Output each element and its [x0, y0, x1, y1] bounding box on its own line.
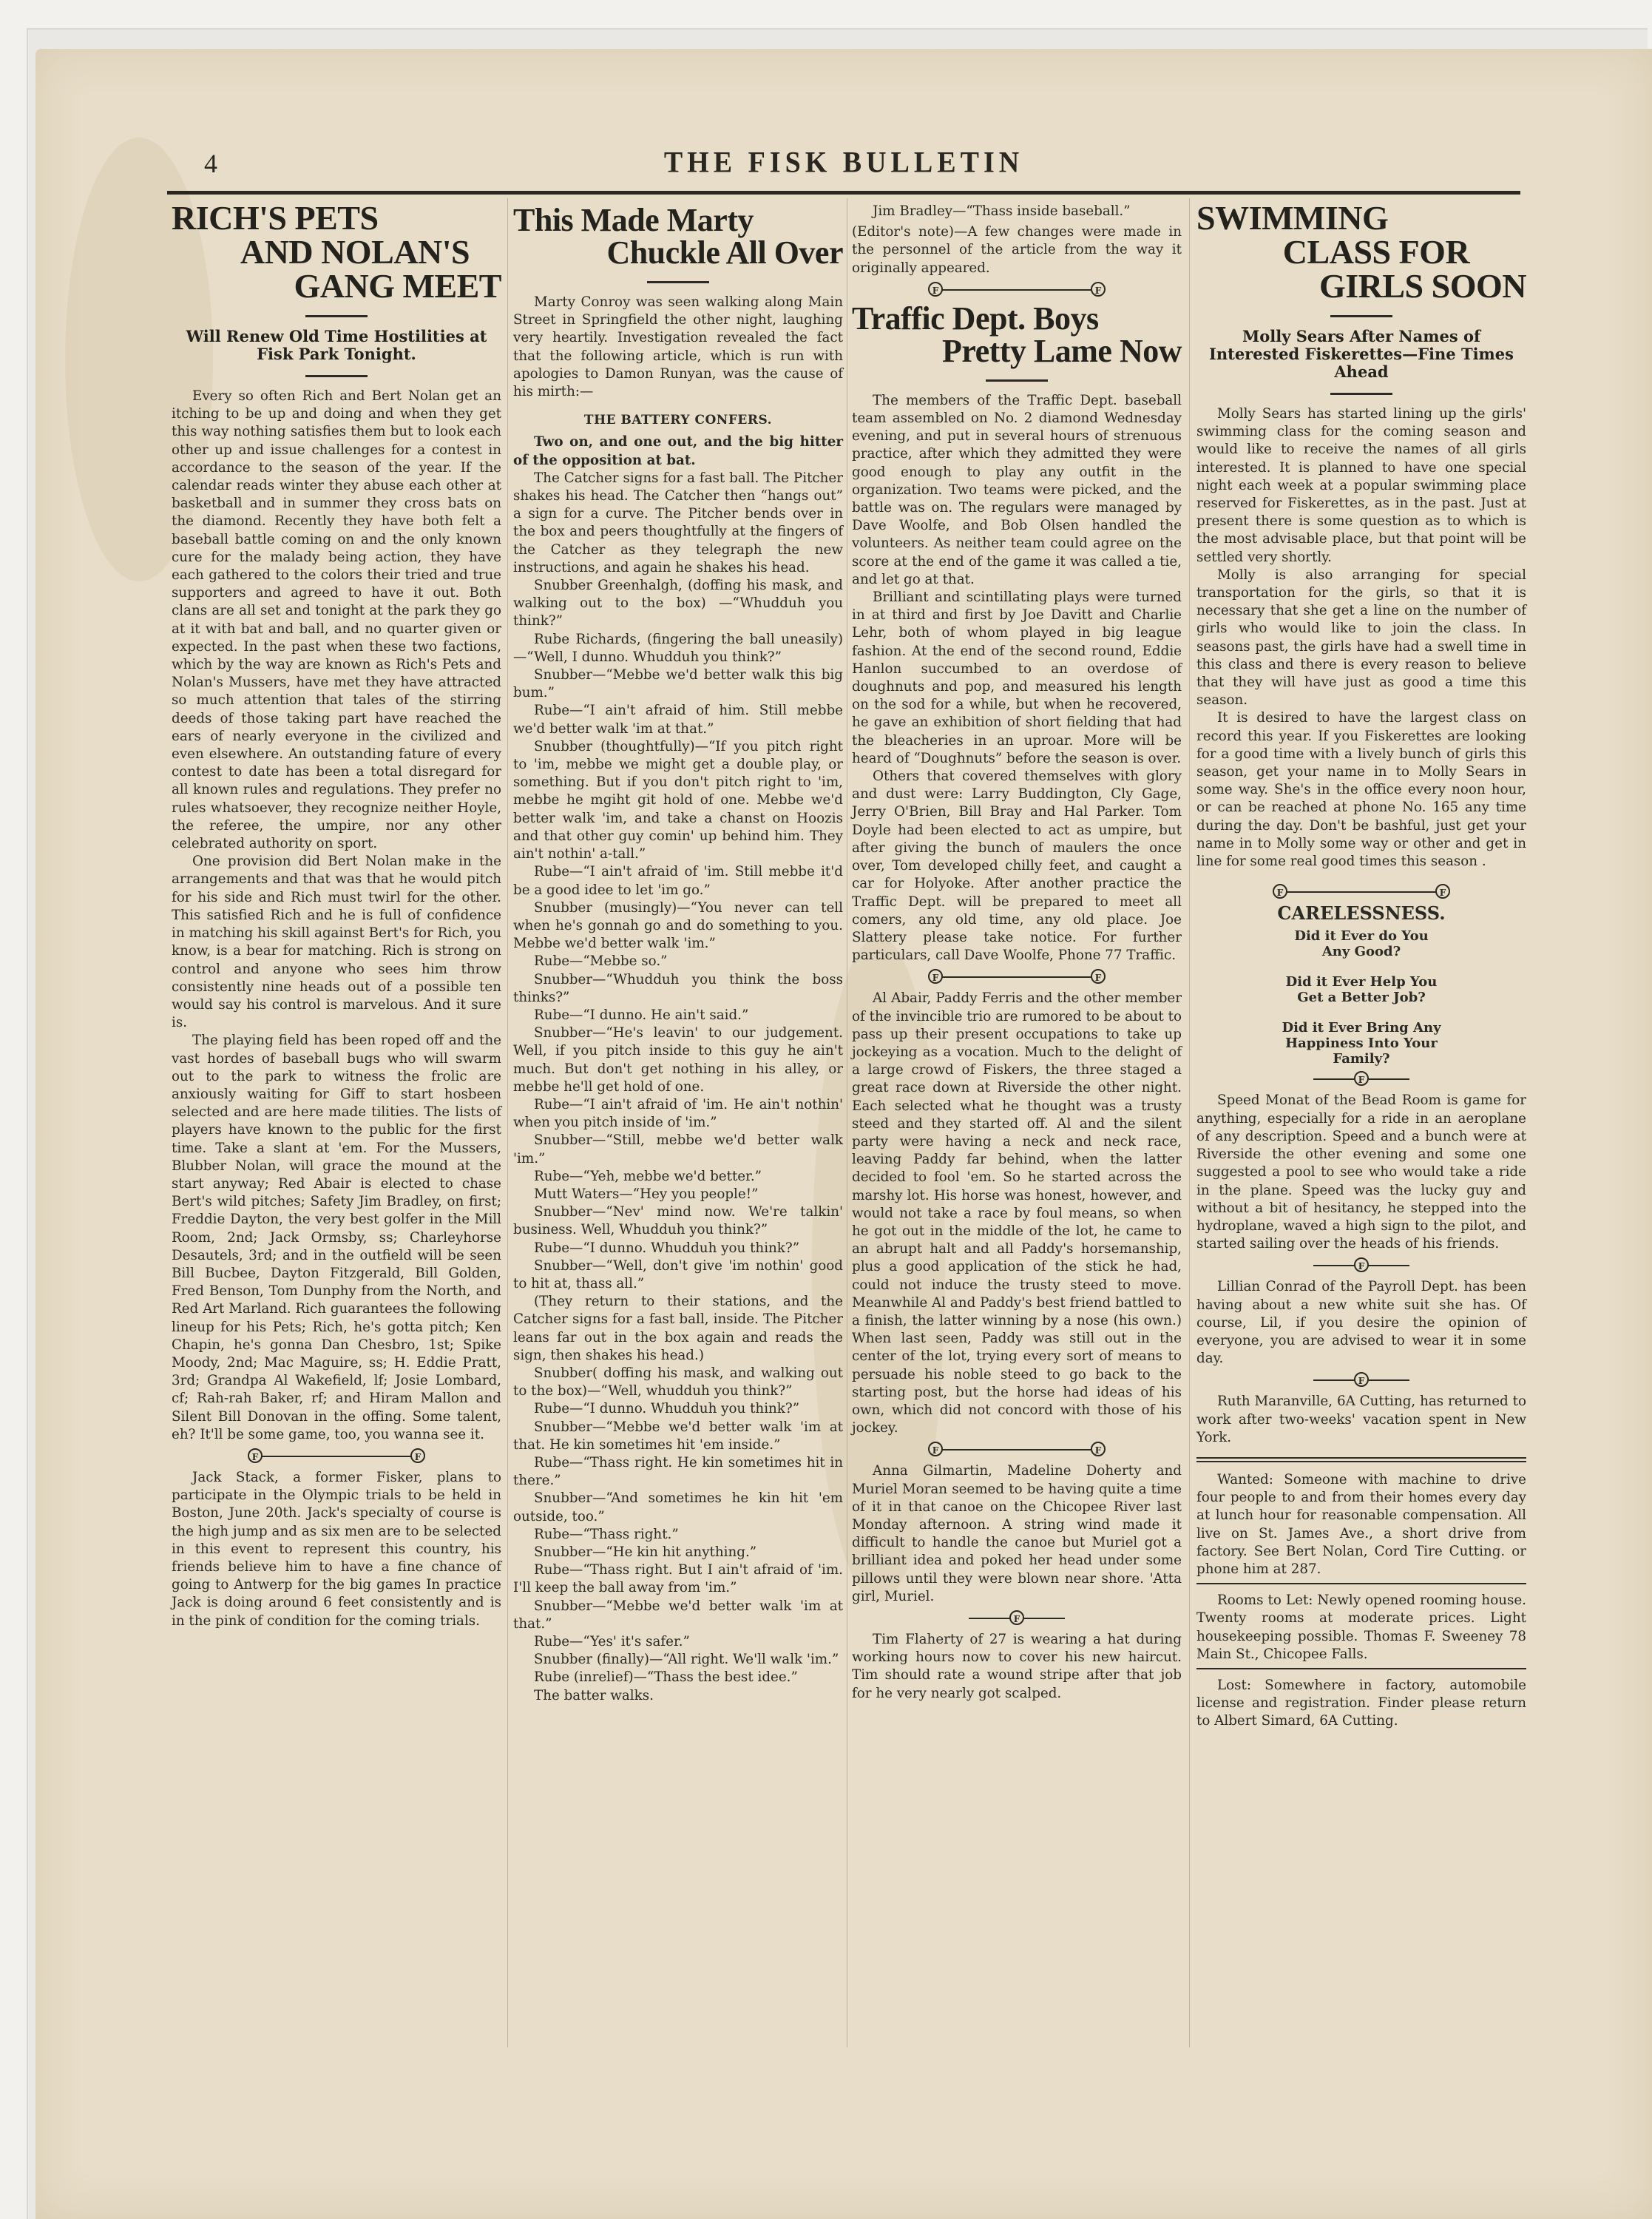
f-ornament-rule: F	[1313, 1372, 1409, 1388]
dialogue-line: Snubber—“Well, don't give 'im nothin' go…	[513, 1257, 843, 1293]
article-paragraph: The members of the Traffic Dept. basebal…	[852, 392, 1182, 589]
classified-rule	[1196, 1583, 1526, 1584]
deck-molly-sears: Molly Sears After Names of Interested Fi…	[1201, 328, 1522, 381]
f-ornament-icon: F	[1091, 969, 1106, 984]
dialogue-line: Snubber (thoughtfully)—“If you pitch rig…	[513, 738, 843, 863]
brief-jockeys: Al Abair, Paddy Ferris and the other mem…	[852, 990, 1182, 1437]
dialogue-line: Rube—“Yeh, mebbe we'd better.”	[513, 1168, 843, 1186]
lead-paragraph: Two on, and one out, and the big hitter …	[513, 433, 843, 469]
article-paragraph: One provision did Bert Nolan make in the…	[172, 853, 501, 1032]
headline-richs-pets: RICH'S PETS AND NOLAN'S GANG MEET	[172, 201, 501, 303]
dialogue-line: Snubber—“Nev' mind now. We're talkin' bu…	[513, 1203, 843, 1239]
article-paragraph: The playing field has been roped off and…	[172, 1032, 501, 1444]
subhead-battery-confers: THE BATTERY CONFERS.	[513, 411, 843, 429]
column-divider	[847, 198, 847, 2047]
brief-haircut: Tim Flaherty of 27 is wearing a hat duri…	[852, 1631, 1182, 1703]
dialogue-line: Snubber—“Mebbe we'd better walk 'im at t…	[513, 1419, 843, 1454]
dialogue-line: The batter walks.	[513, 1687, 843, 1705]
f-ornament-icon: F	[928, 1442, 943, 1456]
dialogue-line: Rube—“I dunno. Whudduh you think?”	[513, 1400, 843, 1418]
f-ornament-icon: F	[928, 969, 943, 984]
dialogue-line: Rube—“I ain't afraid of 'im. Still mebbe…	[513, 863, 843, 899]
f-ornament-icon: F	[1091, 282, 1106, 297]
f-ornament-icon: F	[1354, 1372, 1369, 1387]
column-2: This Made Marty Chuckle All Over Marty C…	[513, 198, 843, 1705]
article-paragraph: Molly Sears has started lining up the gi…	[1196, 405, 1526, 567]
dialogue-line: Snubber Greenhalgh, (doffing his mask, a…	[513, 577, 843, 631]
f-ornament-icon: F	[1009, 1610, 1024, 1625]
brief-speed-monat: Speed Monat of the Bead Room is game for…	[1196, 1092, 1526, 1253]
dialogue-line: Rube—“I dunno. He ain't said.”	[513, 1007, 843, 1024]
headline-rule	[986, 379, 1048, 382]
dialogue-line: Mutt Waters—“Hey you people!”	[513, 1186, 843, 1203]
carelessness-question: Did it Ever do You Any Good?	[1196, 928, 1526, 959]
paper-title: THE FISK BULLETIN	[167, 146, 1520, 180]
dialogue-line: Rube—“I ain't afraid of him. Still mebbe…	[513, 702, 843, 737]
f-ornament-rule: F F	[928, 969, 1106, 985]
f-ornament-rule: F F	[928, 282, 1106, 298]
headline-rule	[305, 315, 368, 317]
dialogue-line: Rube—“Thass right. He kin sometimes hit …	[513, 1454, 843, 1490]
dialogue-line: Rube (inrelief)—“Thass the best idee.”	[513, 1669, 843, 1686]
headline-rule	[1330, 315, 1392, 317]
column-3: Jim Bradley—“Thass inside baseball.” (Ed…	[852, 198, 1182, 1703]
brief-lillian-conrad: Lillian Conrad of the Payroll Dept. has …	[1196, 1278, 1526, 1368]
carelessness-question: Did it Ever Bring Any Happiness Into You…	[1196, 1020, 1526, 1067]
article-paragraph: Others that covered themselves with glor…	[852, 768, 1182, 965]
masthead: 4 THE FISK BULLETIN	[167, 148, 1520, 189]
f-ornament-icon: F	[1354, 1071, 1369, 1086]
dialogue-line: Snubber—“Still, mebbe we'd better walk '…	[513, 1132, 843, 1167]
dialogue-line: Snubber—“Whudduh you think the boss thin…	[513, 971, 843, 1007]
dialogue-line: Rube—“I ain't afraid of 'im. He ain't no…	[513, 1096, 843, 1132]
brief-jack-stack: Jack Stack, a former Fisker, plans to pa…	[172, 1469, 501, 1630]
dialogue-line: Snubber—“He's leavin' to our judgement. …	[513, 1024, 843, 1096]
headline-swimming-class: SWIMMING CLASS FOR GIRLS SOON	[1196, 201, 1526, 303]
f-ornament-rule: F	[969, 1610, 1065, 1627]
f-ornament-rule: F F	[1273, 884, 1450, 900]
carelessness-question: Did it Ever Help You Get a Better Job?	[1196, 974, 1526, 1005]
f-ornament-icon: F	[1091, 1442, 1106, 1456]
classified-wanted: Wanted: Someone with machine to drive fo…	[1196, 1471, 1526, 1578]
dialogue-line: Snubber (musingly)—“You never can tell w…	[513, 899, 843, 953]
editors-note: (Editor's note)—A few changes were made …	[852, 223, 1182, 277]
deck-rule	[305, 375, 368, 377]
classifieds-double-rule	[1196, 1457, 1526, 1462]
headline-marty-chuckle: This Made Marty Chuckle All Over	[513, 204, 843, 269]
f-ornament-rule: F F	[248, 1448, 425, 1465]
dialogue-line: Snubber—“Mebbe we'd better walk 'im at t…	[513, 1598, 843, 1633]
article-paragraph: Every so often Rich and Bert Nolan get a…	[172, 388, 501, 853]
f-ornament-rule: F F	[928, 1442, 1106, 1458]
classified-rooms: Rooms to Let: Newly opened rooming house…	[1196, 1592, 1526, 1664]
dialogue-line: Rube Richards, (fingering the ball uneas…	[513, 631, 843, 666]
classified-rule	[1196, 1668, 1526, 1669]
f-ornament-rule: F	[1313, 1257, 1409, 1274]
brief-canoe: Anna Gilmartin, Madeline Doherty and Mur…	[852, 1462, 1182, 1606]
dialogue-line: Rube—“Mebbe so.”	[513, 953, 843, 970]
f-ornament-icon: F	[410, 1448, 425, 1463]
intro-paragraph: Marty Conroy was seen walking along Main…	[513, 294, 843, 401]
f-ornament-icon: F	[1354, 1257, 1369, 1272]
dialogue-line: Snubber (finally)—“All right. We'll walk…	[513, 1651, 843, 1669]
classified-lost: Lost: Somewhere in factory, automobile l…	[1196, 1677, 1526, 1731]
dialogue-line: Rube—“I dunno. Whudduh you think?”	[513, 1240, 843, 1257]
article-paragraph: Molly is also arranging for special tran…	[1196, 567, 1526, 710]
dialogue-line: Snubber( doffing his mask, and walking o…	[513, 1365, 843, 1400]
dialogue-line: Snubber—“He kin hit anything.”	[513, 1544, 843, 1561]
f-ornament-rule: F	[1313, 1071, 1409, 1087]
dialogue-line: The Catcher signs for a fast ball. The P…	[513, 470, 843, 577]
column-4: SWIMMING CLASS FOR GIRLS SOON Molly Sear…	[1196, 198, 1526, 1731]
dialogue-line: Snubber—“Mebbe we'd better walk this big…	[513, 666, 843, 702]
dialogue-line: Rube—“Thass right.”	[513, 1526, 843, 1544]
dialogue-line: Rube—“Thass right. But I ain't afraid of…	[513, 1561, 843, 1597]
f-ornament-icon: F	[248, 1448, 263, 1463]
column-1: RICH'S PETS AND NOLAN'S GANG MEET Will R…	[172, 198, 501, 1630]
column-divider	[1189, 198, 1190, 2047]
headline-rule	[647, 281, 709, 283]
masthead-rule	[167, 191, 1520, 195]
headline-traffic-dept: Traffic Dept. Boys Pretty Lame Now	[852, 303, 1182, 368]
dialogue-line: Rube—“Yes' it's safer.”	[513, 1633, 843, 1651]
brief-ruth-maranville: Ruth Maranville, 6A Cutting, has returne…	[1196, 1393, 1526, 1447]
article-paragraph: Brilliant and scintillating plays were t…	[852, 589, 1182, 768]
dialogue-continued: Jim Bradley—“Thass inside baseball.”	[852, 203, 1182, 220]
f-ornament-icon: F	[928, 282, 943, 297]
deck-hostilities: Will Renew Old Time Hostilities at Fisk …	[176, 328, 497, 363]
dialogue-line: (They return to their stations, and the …	[513, 1293, 843, 1365]
article-paragraph: It is desired to have the largest class …	[1196, 709, 1526, 871]
f-ornament-icon: F	[1435, 884, 1450, 899]
f-ornament-icon: F	[1273, 884, 1287, 899]
deck-rule	[1330, 393, 1392, 395]
dialogue-line: Snubber—“And sometimes he kin hit 'em ou…	[513, 1490, 843, 1525]
column-divider	[507, 198, 508, 2047]
carelessness-title: CARELESSNESS.	[1196, 905, 1526, 922]
